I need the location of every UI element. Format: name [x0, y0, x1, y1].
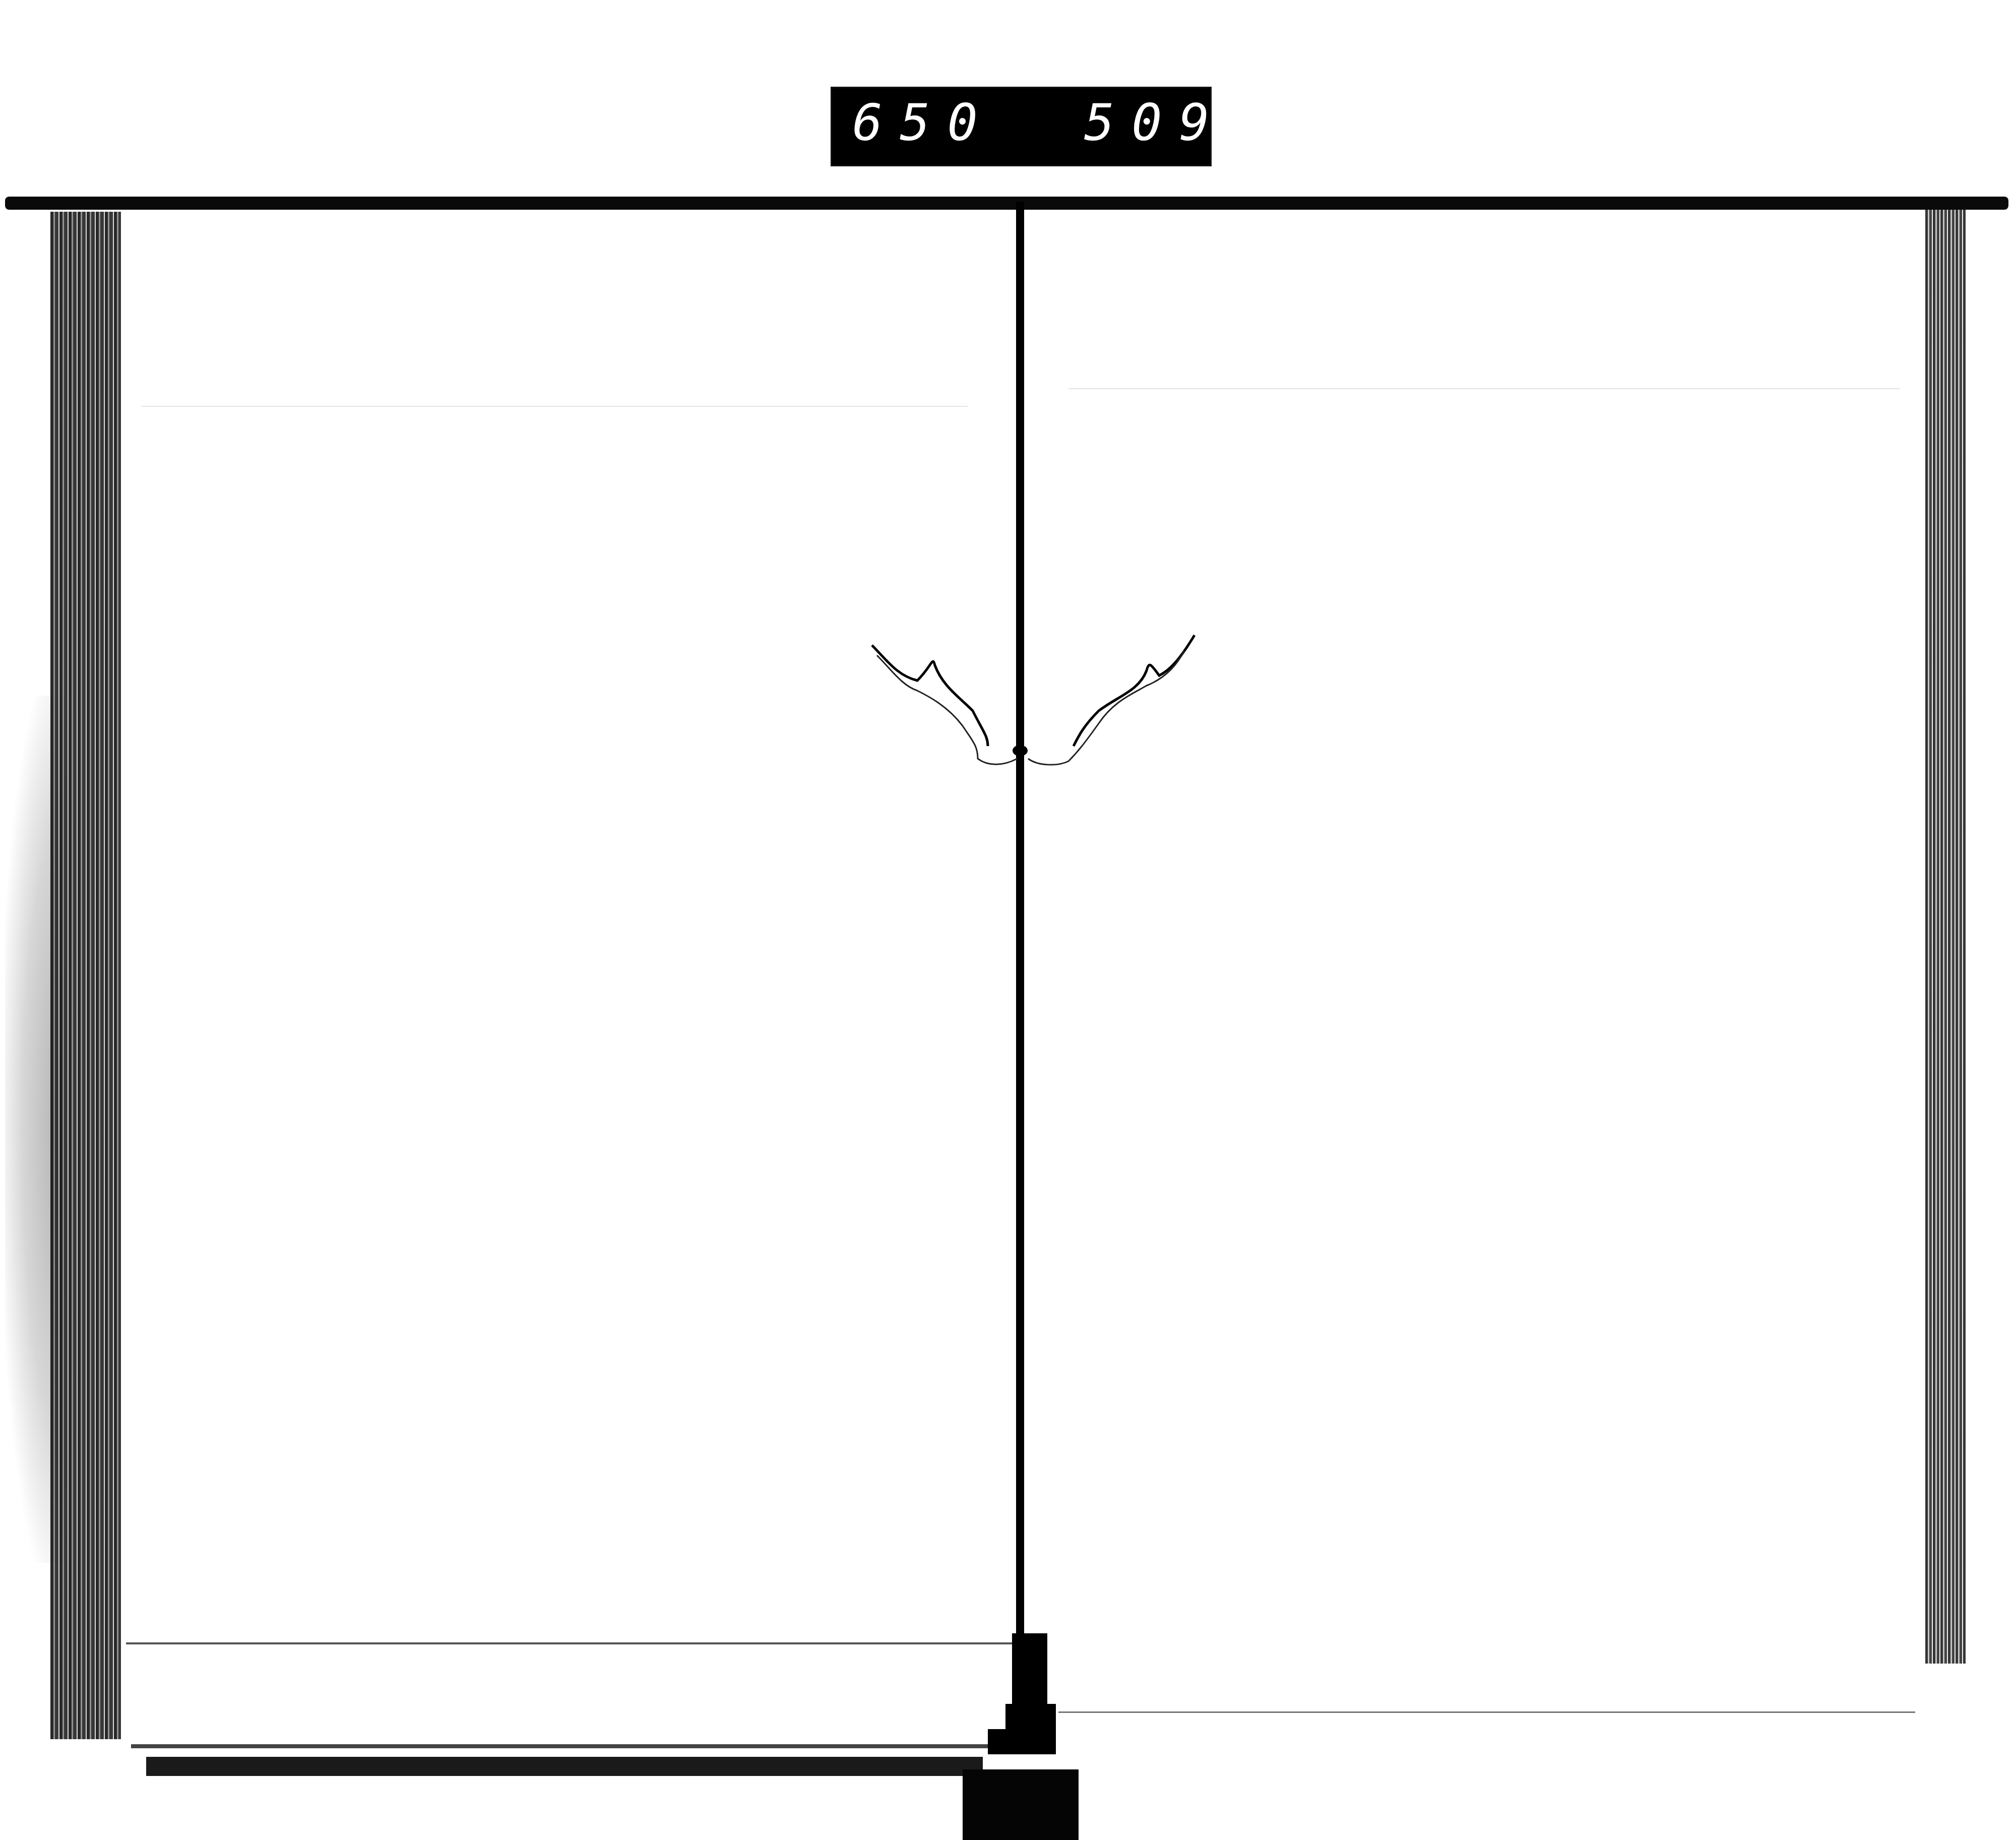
spine-base-block — [988, 1729, 1056, 1754]
left-page-faint-rule — [141, 406, 968, 407]
book-spine-gutter — [1016, 202, 1024, 1638]
label-number-left: 650 — [852, 93, 995, 152]
left-page-stack-edge — [50, 212, 121, 1739]
left-cover-bottom-edge — [146, 1757, 983, 1776]
spine-base-block — [1012, 1633, 1047, 1709]
left-page-bottom-edge — [126, 1642, 1013, 1644]
left-page — [121, 212, 1016, 1643]
right-page-bottom-edge — [1058, 1711, 1915, 1713]
top-binding-edge — [5, 197, 2008, 210]
archive-number-label: 650 509. — [831, 87, 1212, 166]
right-page-stack-edge — [1925, 202, 1966, 1664]
label-number-right: 509. — [1084, 93, 1274, 152]
right-page-faint-rule — [1068, 388, 1900, 389]
left-cover-edge-line — [131, 1744, 988, 1748]
right-page — [1024, 199, 1925, 1641]
binding-thread-icon — [857, 615, 1210, 776]
spine-base-block — [963, 1769, 1079, 1840]
